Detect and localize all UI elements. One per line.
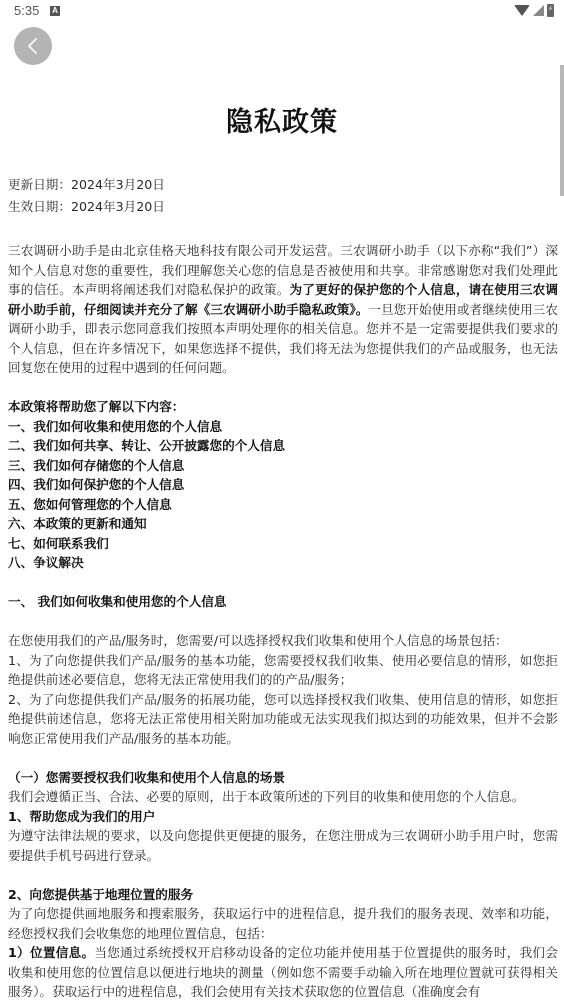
page-title: 隐私政策 bbox=[0, 100, 564, 139]
battery-charging-icon bbox=[547, 4, 554, 17]
updated-label: 更新日期： bbox=[8, 177, 71, 192]
intro-paragraph: 三农调研小助手是由北京佳格天地科技有限公司开发运营。三农调研小助手（以下亦称“我… bbox=[8, 241, 558, 378]
location-info-label: 1）位置信息。 bbox=[8, 945, 94, 960]
effective-value: 2024年3月20日 bbox=[71, 199, 165, 214]
item-2-title: 2、向您提供基于地理位置的服务 bbox=[8, 885, 558, 905]
subsection-intro: 我们会遵循正当、合法、必要的原则，出于本政策所述的下列目的收集和使用您的个人信息… bbox=[8, 787, 558, 807]
toc-item-4: 四、我们如何保护您的个人信息 bbox=[8, 475, 558, 495]
section-1-intro: 在您使用我们的产品/服务时，您需要/可以选择授权我们收集和使用个人信息的场景包括… bbox=[8, 631, 558, 651]
toc-item-5: 五、您如何管理您的个人信息 bbox=[8, 495, 558, 515]
item-1-text: 为遵守法律法规的要求，以及向您提供更便捷的服务，在您注册成为三农调研小助手用户时… bbox=[8, 826, 558, 865]
toc-item-8: 八、争议解决 bbox=[8, 553, 558, 573]
toc-item-2: 二、我们如何共享、转让、公开披露您的个人信息 bbox=[8, 436, 558, 456]
chevron-left-icon bbox=[26, 37, 40, 55]
back-button[interactable] bbox=[14, 27, 52, 65]
wifi-icon bbox=[514, 5, 530, 16]
effective-label: 生效日期： bbox=[8, 199, 71, 214]
policy-content: 更新日期：2024年3月20日 生效日期：2024年3月20日 三农调研小助手是… bbox=[8, 174, 558, 1002]
toc-item-3: 三、我们如何存储您的个人信息 bbox=[8, 456, 558, 476]
section-1-point-2: 2、为了向您提供我们产品/服务的拓展功能，您可以选择授权我们收集、使用信息的情形… bbox=[8, 690, 558, 749]
section-1-point-1: 1、为了向您提供我们产品/服务的基本功能，您需要授权我们收集、使用必要信息的情形… bbox=[8, 651, 558, 690]
notification-a-icon: A bbox=[50, 6, 60, 16]
dates-block: 更新日期：2024年3月20日 生效日期：2024年3月20日 bbox=[8, 174, 558, 218]
toc-item-6: 六、本政策的更新和通知 bbox=[8, 514, 558, 534]
status-time: 5:35 bbox=[14, 3, 39, 18]
toc-item-7: 七、如何联系我们 bbox=[8, 534, 558, 554]
item-1-title: 1、帮助您成为我们的用户 bbox=[8, 807, 558, 827]
item-2-sub: 1）位置信息。当您通过系统授权开启移动设备的定位功能并使用基于位置提供的服务时，… bbox=[8, 943, 558, 1002]
updated-value: 2024年3月20日 bbox=[71, 177, 165, 192]
toc-heading: 本政策将帮助您了解以下内容： bbox=[8, 397, 558, 417]
updated-date: 更新日期：2024年3月20日 bbox=[8, 174, 558, 196]
section-1-heading: 一、 我们如何收集和使用您的个人信息 bbox=[8, 592, 558, 612]
cellular-signal-icon bbox=[533, 5, 544, 16]
item-2-text: 为了向您提供画地服务和搜索服务，获取运行中的进程信息，提升我们的服务表现、效率和… bbox=[8, 904, 558, 943]
subsection-heading: （一）您需要授权我们收集和使用个人信息的场景 bbox=[8, 768, 558, 788]
toc-item-1: 一、我们如何收集和使用您的个人信息 bbox=[8, 417, 558, 437]
status-bar: 5:35 A bbox=[0, 0, 564, 24]
status-icons bbox=[514, 4, 554, 17]
effective-date: 生效日期：2024年3月20日 bbox=[8, 196, 558, 218]
